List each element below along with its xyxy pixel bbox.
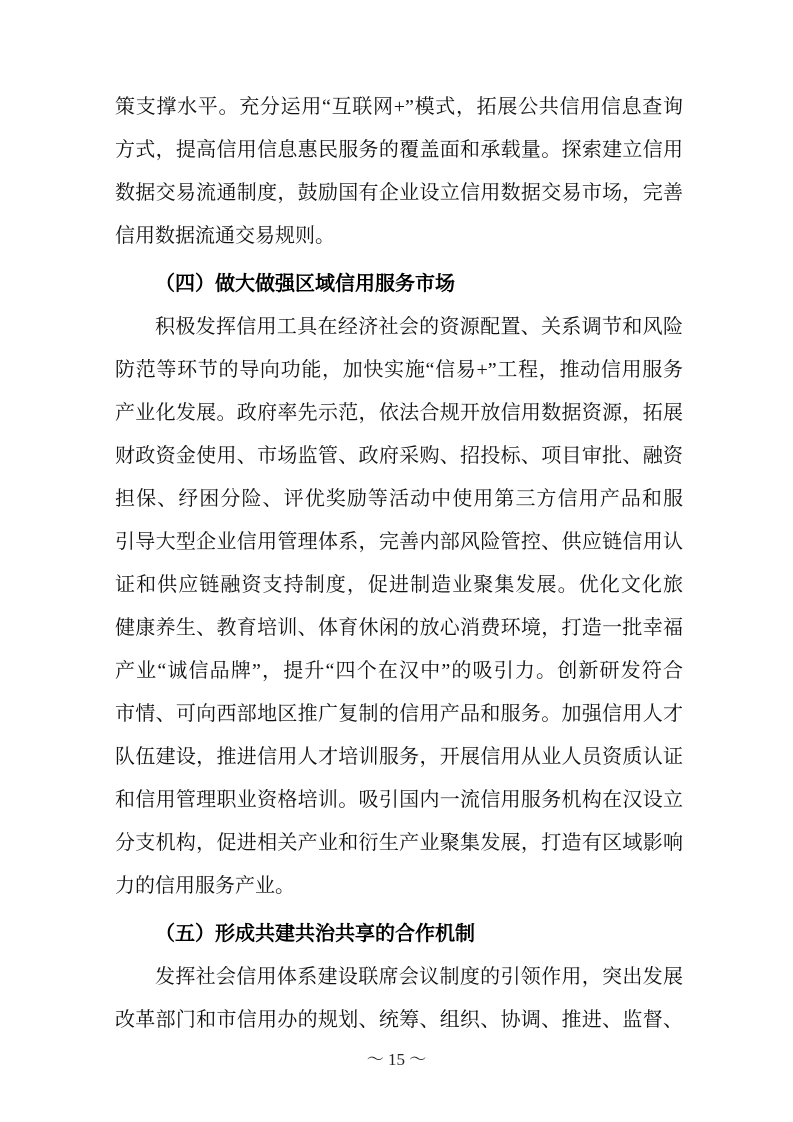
- text-line: 担保、纾困分险、评优奖励等活动中使用第三方信用产品和服务。: [115, 478, 683, 521]
- section-heading: （五）形成共建共治共享的合作机制: [115, 913, 683, 956]
- page-footer: ～ 15 ～: [0, 1045, 793, 1070]
- text-line: 证和供应链融资支持制度，促进制造业聚集发展。优化文化旅游、: [115, 564, 683, 607]
- text-line: 积极发挥信用工具在经济社会的资源配置、关系调节和风险: [115, 306, 683, 349]
- document-page: 策支撑水平。充分运用“互联网+”模式，拓展公共信用信息查询方式，提高信用信息惠民…: [0, 0, 793, 1122]
- paragraph: 策支撑水平。充分运用“互联网+”模式，拓展公共信用信息查询方式，提高信用信息惠民…: [115, 86, 683, 258]
- text-line: 队伍建设，推进信用人才培训服务，开展信用从业人员资质认证: [115, 736, 683, 779]
- text-line: 发挥社会信用体系建设联席会议制度的引领作用，突出发展: [115, 956, 683, 999]
- text-line: 产业化发展。政府率先示范，依法合规开放信用数据资源，拓展: [115, 392, 683, 435]
- text-line: 数据交易流通制度，鼓励国有企业设立信用数据交易市场，完善: [115, 172, 683, 215]
- page-number: ～ 15 ～: [367, 1050, 427, 1069]
- section-heading: （四）做大做强区域信用服务市场: [115, 263, 683, 306]
- document-body: 策支撑水平。充分运用“互联网+”模式，拓展公共信用信息查询方式，提高信用信息惠民…: [115, 86, 683, 1042]
- text-line: 分支机构，促进相关产业和衍生产业聚集发展，打造有区域影响: [115, 822, 683, 865]
- text-line: 策支撑水平。充分运用“互联网+”模式，拓展公共信用信息查询: [115, 86, 683, 129]
- text-line: 信用数据流通交易规则。: [115, 215, 683, 258]
- text-line: 市情、可向西部地区推广复制的信用产品和服务。加强信用人才: [115, 693, 683, 736]
- text-line: 和信用管理职业资格培训。吸引国内一流信用服务机构在汉设立: [115, 779, 683, 822]
- text-line: 引导大型企业信用管理体系，完善内部风险管控、供应链信用认: [115, 521, 683, 564]
- text-line: 财政资金使用、市场监管、政府采购、招投标、项目审批、融资: [115, 435, 683, 478]
- text-line: 力的信用服务产业。: [115, 865, 683, 908]
- text-line: 防范等环节的导向功能，加快实施“信易+”工程，推动信用服务: [115, 349, 683, 392]
- text-line: 方式，提高信用信息惠民服务的覆盖面和承载量。探索建立信用: [115, 129, 683, 172]
- text-line: 改革部门和市信用办的规划、统筹、组织、协调、推进、监督、: [115, 999, 683, 1042]
- paragraph: 积极发挥信用工具在经济社会的资源配置、关系调节和风险防范等环节的导向功能，加快实…: [115, 306, 683, 908]
- text-line: 健康养生、教育培训、体育休闲的放心消费环境，打造一批幸福: [115, 607, 683, 650]
- paragraph: 发挥社会信用体系建设联席会议制度的引领作用，突出发展改革部门和市信用办的规划、统…: [115, 956, 683, 1042]
- text-line: 产业“诚信品牌”，提升“四个在汉中”的吸引力。创新研发符合: [115, 650, 683, 693]
